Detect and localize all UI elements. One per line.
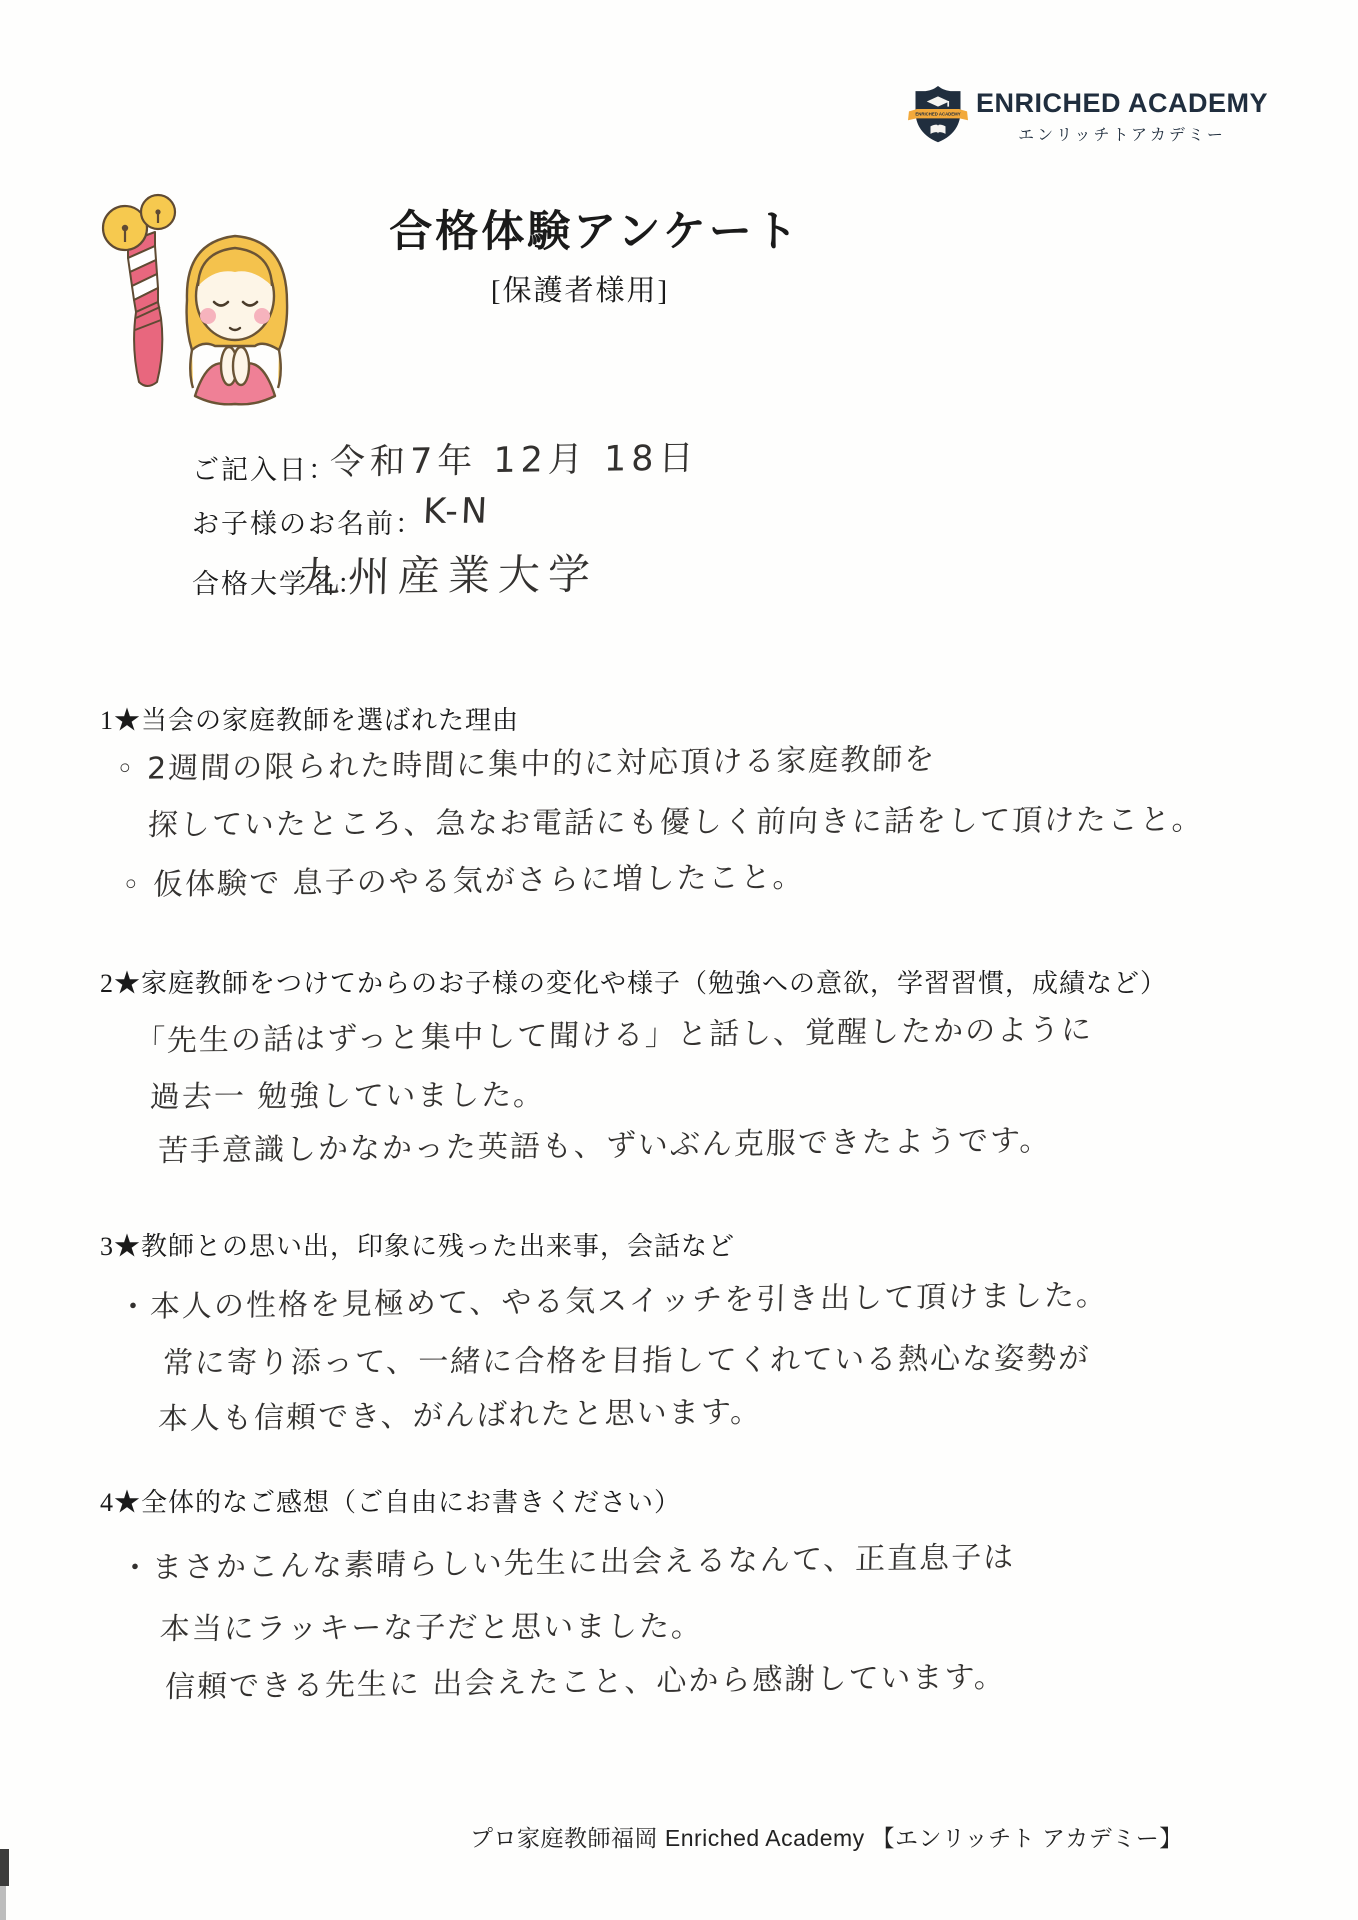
question-2-answer-line-1: 「先生の話はずっと集中して聞ける」と話し、覚醒したかのように <box>135 1004 1094 1060</box>
logo-name-en: ENRICHED ACADEMY <box>976 90 1268 117</box>
question-4-answer-line-3: 信頼できる先生に 出会えたこと、心から感謝しています。 <box>165 1652 1007 1706</box>
question-3-answer-line-1: ・本人の性格を見極めて、やる気スイッチを引き出して頂けました。 <box>118 1270 1109 1326</box>
shield-logo-icon: ENRICHED ACADEMY <box>908 84 968 148</box>
scanned-questionnaire-page: ENRICHED ACADEMY ENRICHED ACADEMY エンリッチト… <box>0 0 1358 1920</box>
field-value-university: 九州産業大学 <box>297 541 598 605</box>
shrine-rope-icon <box>128 232 162 386</box>
logo-text-block: ENRICHED ACADEMY エンリッチトアカデミー <box>976 84 1268 145</box>
scan-artifact-dark <box>0 1849 9 1886</box>
page-subtitle: [保護者様用] <box>200 268 960 309</box>
field-label-date: ご記入日： <box>192 448 337 487</box>
question-3-answer-line-2: 常に寄り添って、一緒に合格を目指してくれている熱心な姿勢が <box>162 1333 1091 1382</box>
bells-icon <box>103 195 175 250</box>
page-title: 合格体験アンケート <box>200 198 990 259</box>
question-3-header: 3★教師との思い出，印象に残った出来事，会話など <box>100 1226 735 1263</box>
question-4-header: 4★全体的なご感想（ご自由にお書きください） <box>100 1482 681 1519</box>
scan-artifact-gray <box>0 1886 6 1920</box>
field-label-child-name: お子様のお名前： <box>192 502 424 541</box>
enriched-academy-logo: ENRICHED ACADEMY ENRICHED ACADEMY エンリッチト… <box>908 84 1268 148</box>
question-1-header: 1★当会の家庭教師を選ばれた理由 <box>100 700 519 737</box>
question-4-answer-line-2: 本当にラッキーな子だと思いました。 <box>159 1601 704 1648</box>
question-3-answer-line-3: 本人も信頼でき、がんばれたと思います。 <box>158 1387 763 1438</box>
question-4-answer-line-1: ・まさかこんな素晴らしい先生に出会えるなんて、正直息子は <box>120 1532 1016 1587</box>
question-2-answer-line-3: 苦手意識しかなかった英語も、ずいぶん克服できたようです。 <box>158 1115 1053 1170</box>
question-1-answer-line-3: ◦ 仮体験で 息子のやる気がさらに増したこと。 <box>122 852 806 904</box>
logo-name-jp: エンリッチトアカデミー <box>976 122 1268 145</box>
question-1-answer-line-1: ◦ 2週間の限られた時間に集中的に対応頂ける家庭教師を <box>116 734 937 788</box>
question-2-header: 2★家庭教師をつけてからのお子様の変化や様子（勉強への意欲，学習習慣，成績など） <box>100 963 1167 1000</box>
question-1-answer-line-2: 探していたところ、急なお電話にも優しく前向きに話をして頂けたこと。 <box>147 794 1205 844</box>
question-2-answer-line-2: 過去一 勉強していました。 <box>149 1070 547 1116</box>
field-value-child-name: K-N <box>422 492 491 532</box>
footer-text: プロ家庭教師福岡 Enriched Academy 【エンリッチト アカデミー】 <box>470 1820 1183 1853</box>
shield-banner-text: ENRICHED ACADEMY <box>915 112 960 117</box>
field-value-date: 令和7年 12月 18日 <box>329 430 699 485</box>
praying-girl-icon <box>187 236 288 404</box>
